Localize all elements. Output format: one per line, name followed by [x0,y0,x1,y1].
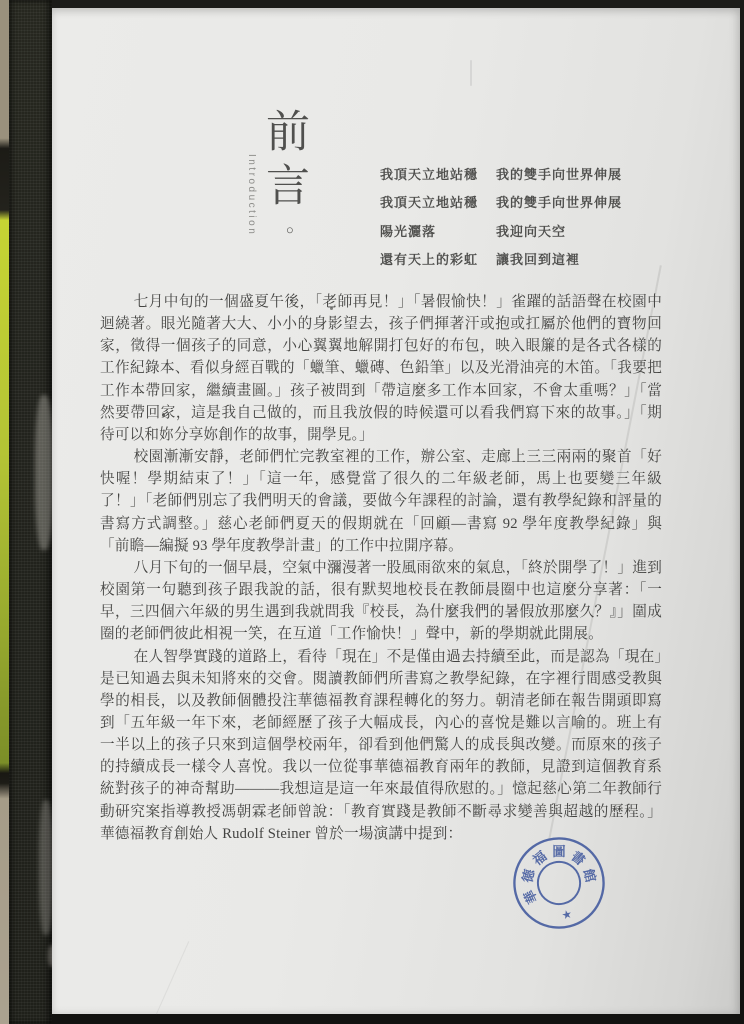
verse-right: 我的雙手向世界伸展 [496,164,622,183]
verse-right: 我迎向天空 [496,221,622,240]
stamp-char: 德 [519,867,538,884]
title-period: 。 [272,226,293,247]
verse-right: 我的雙手向世界伸展 [496,192,622,211]
verse-line: 我頂天立地站穩 我的雙手向世界伸展 [380,159,622,188]
verse-line: 陽光灑落 我迎向天空 [380,216,622,245]
paper-crease [156,941,189,1014]
photo-background: Introduction 前言。 我頂天立地站穩 我的雙手向世界伸展 我頂天立地… [0,0,744,1024]
verse-right: 讓我回到這裡 [496,249,622,268]
page-title: 前言 [259,108,308,216]
stamp-star-icon: ★ [561,909,572,922]
stamp-char: 館 [581,867,600,884]
book-spine-tape [9,0,52,1024]
opening-verse: 我頂天立地站穩 我的雙手向世界伸展 我頂天立地站穩 我的雙手向世界伸展 陽光灑落… [380,159,622,273]
title-english: Introduction [246,154,257,236]
paragraph: 在人智學實踐的道路上，看待「現在」不是僅由過去持續至此，而是認為「現在」是已知過… [100,646,662,845]
stamp-char: 華 [520,888,540,907]
verse-left: 還有天上的彩虹 [380,249,496,268]
verse-line: 還有天上的彩虹 讓我回到這裡 [380,245,622,274]
section-title-block: Introduction 前言。 [246,108,305,247]
title-chinese-column: 前言。 [261,108,305,247]
spine-smudge [35,395,53,550]
body-text: 七月中旬的一個盛夏午後，「老師再見！」「暑假愉快！」雀躍的話語聲在校園中迴繞著。… [100,291,662,845]
verse-left: 我頂天立地站穩 [380,192,496,211]
paper-speck [470,60,472,86]
spine-smudge [39,800,53,935]
paragraph: 校園漸漸安靜，老師們忙完教室裡的工作，辦公室、走廊上三三兩兩的聚首「好快喔！學期… [100,446,662,557]
document-page: Introduction 前言。 我頂天立地站穩 我的雙手向世界伸展 我頂天立地… [52,8,740,1014]
paragraph: 七月中旬的一個盛夏午後，「老師再見！」「暑假愉快！」雀躍的話語聲在校園中迴繞著。… [100,291,662,446]
paragraph: 八月下旬的一個早晨，空氣中瀰漫著一股風雨欲來的氣息，「終於開學了！」進到校園第一… [100,557,662,646]
stamp-char: 圖 [552,843,565,859]
left-edge-strip [0,0,9,1024]
verse-left: 陽光灑落 [380,221,496,240]
verse-line: 我頂天立地站穩 我的雙手向世界伸展 [380,188,622,217]
verse-left: 我頂天立地站穩 [380,164,496,183]
